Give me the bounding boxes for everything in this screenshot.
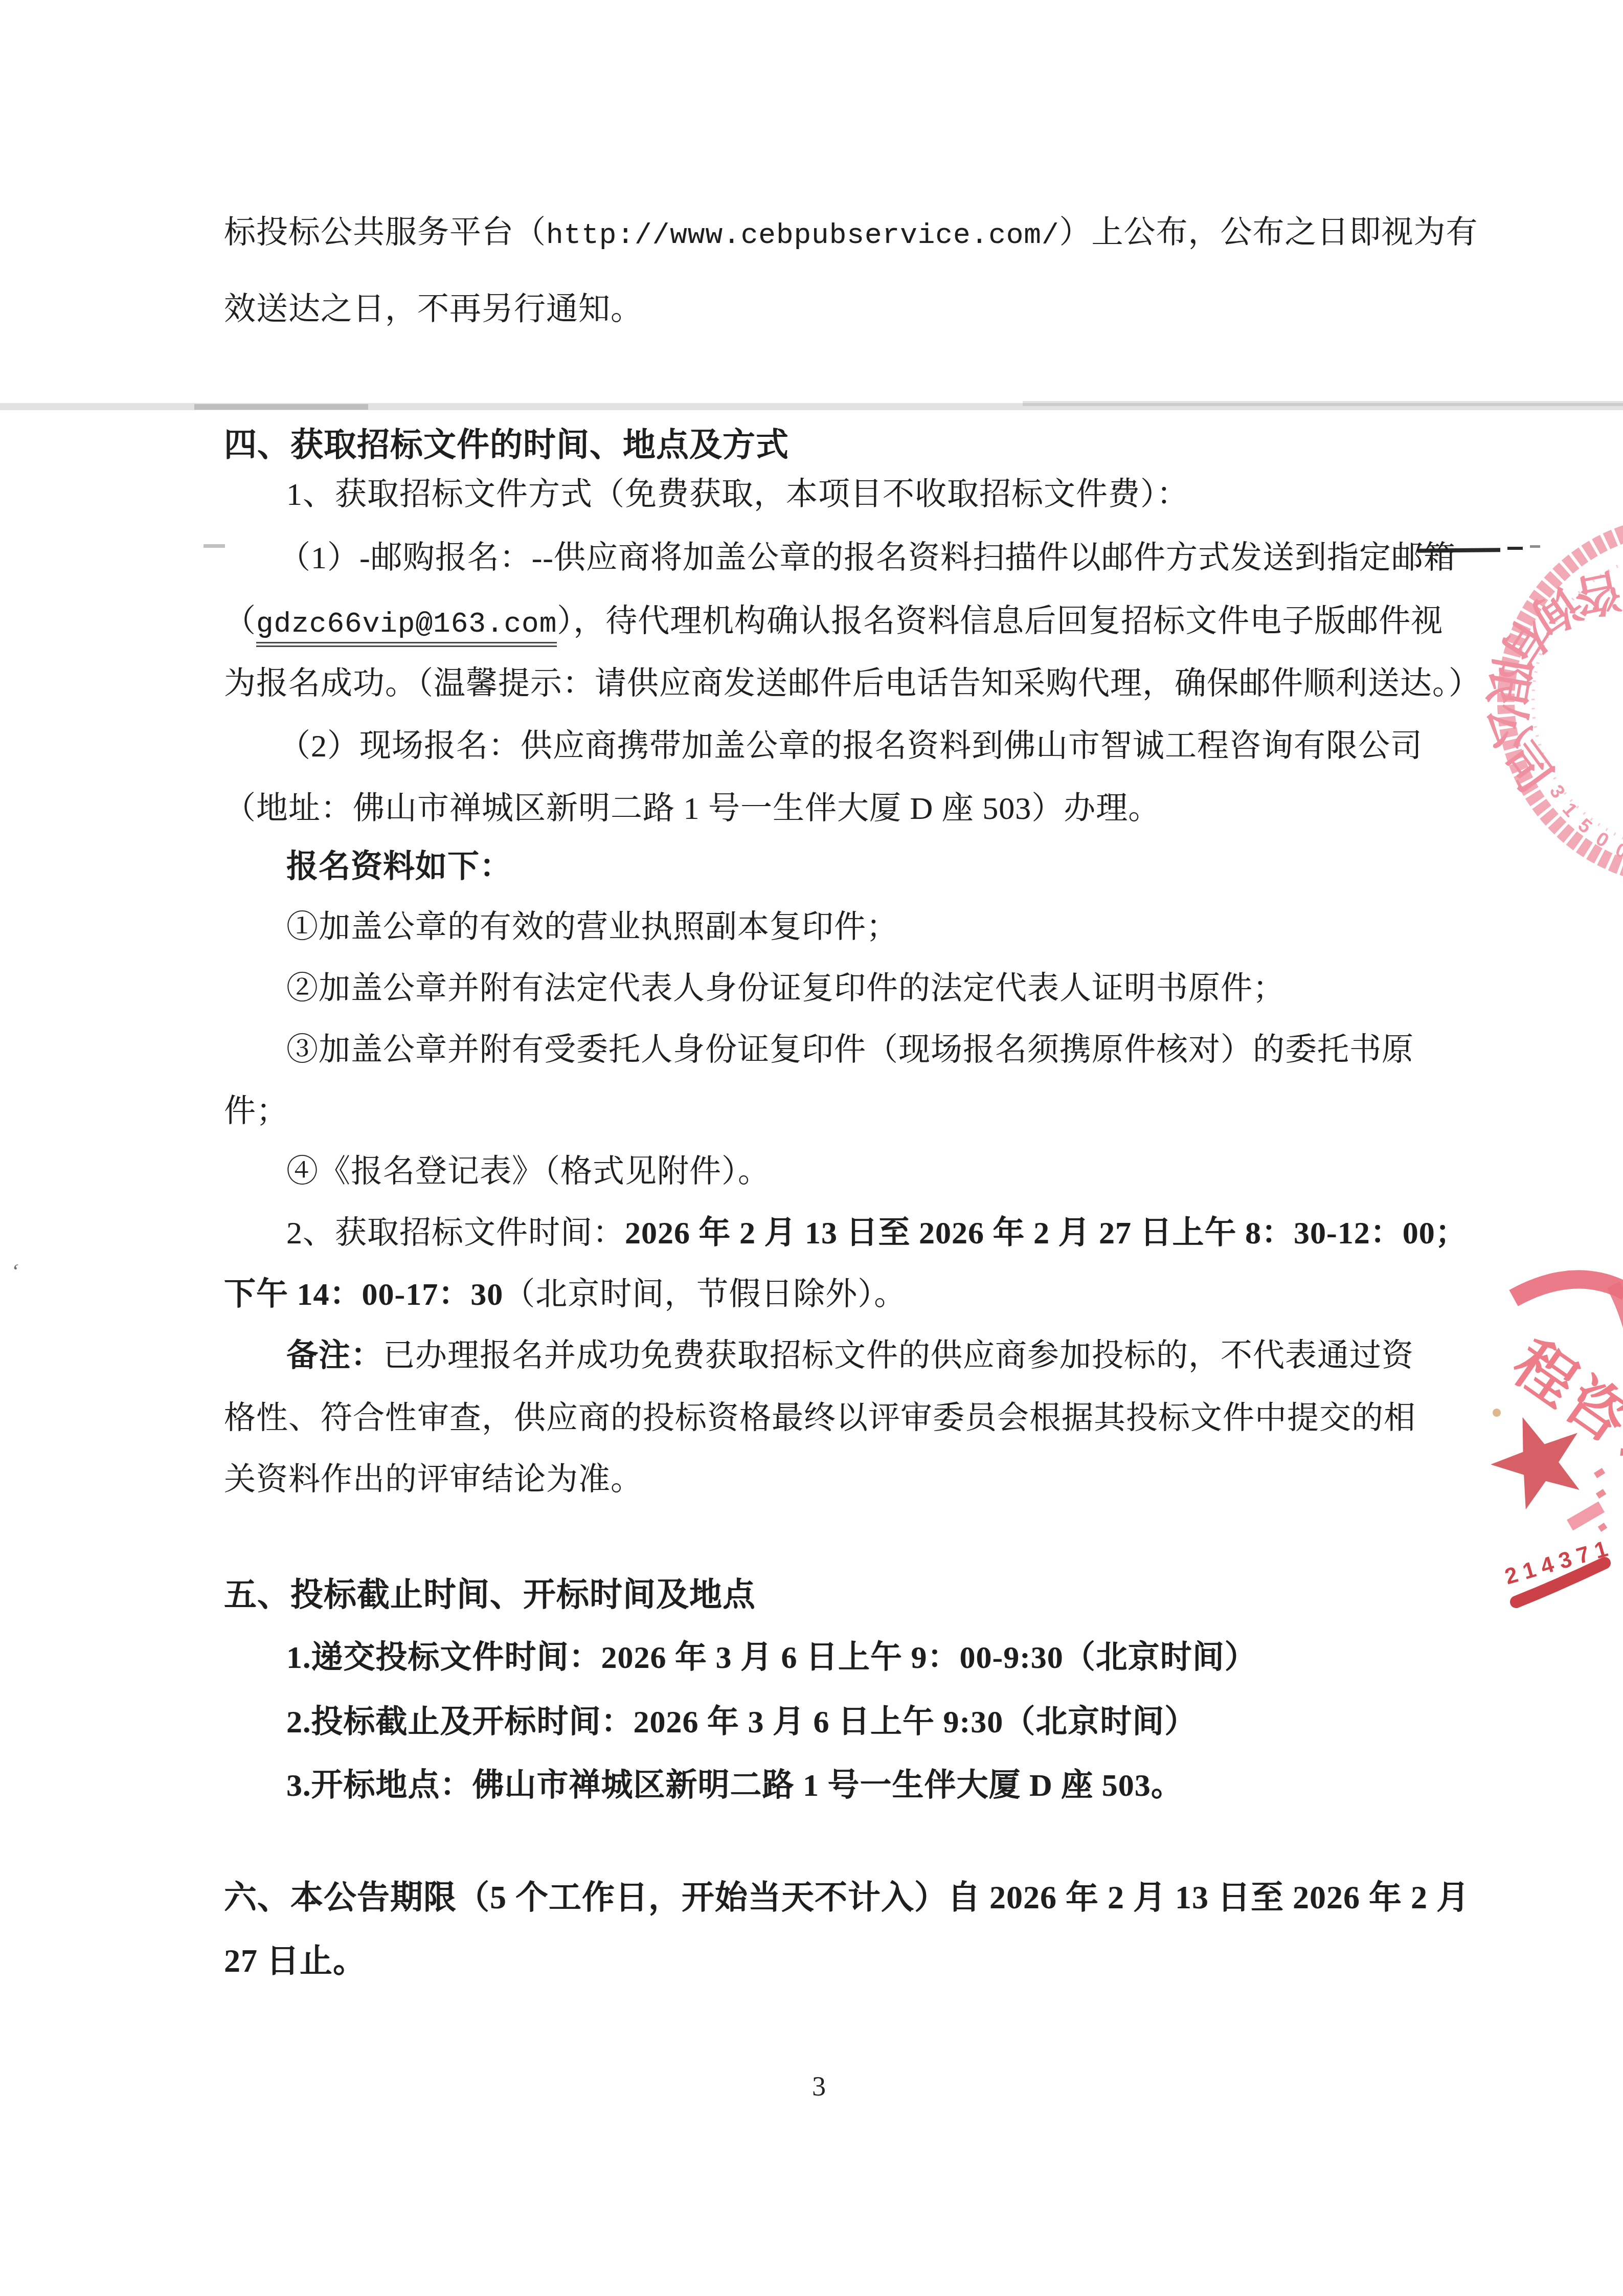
paragraph-platform-line1: 标投标公共服务平台（http://www.cebpubservice.com/）…: [224, 214, 1478, 253]
section-heading-4: 四、获取招标文件的时间、地点及方式: [224, 426, 789, 465]
remark-line1: 备注：已办理报名并成功免费获取招标文件的供应商参加投标的，不代表通过资: [286, 1337, 1414, 1375]
seal-right-marks: [1595, 1470, 1606, 1529]
obtain-time-line1: 2、获取招标文件时间：2026 年 2 月 13 日至 2026 年 2 月 2…: [286, 1214, 1468, 1252]
mail-signup-line2: （gdzc66vip@163.com），待代理机构确认报名资料信息后回复招标文件…: [224, 603, 1443, 641]
email-post: ），待代理机构确认报名资料信息后回复招标文件电子版邮件视: [557, 604, 1443, 639]
remark-label: 备注：: [286, 1339, 383, 1373]
section-heading-6-line2: 27 日止。: [224, 1942, 366, 1981]
platform-text-pre: 标投标公共服务平台（: [224, 215, 546, 250]
bid-opening-place: 3.开标地点：佛山市禅城区新明二路 1 号一生伴大厦 D 座 503。: [286, 1767, 1183, 1804]
material-item-1: ①加盖公章的有效的营业执照副本复印件；: [286, 908, 898, 946]
bid-submission-time: 1.递交投标文件时间：2026 年 3 月 6 日上午 9：00-9:30（北京…: [286, 1639, 1257, 1677]
scan-streak-right: [1023, 401, 1623, 406]
seal-company-text: 咨询有限公司: [1478, 563, 1623, 805]
platform-text-post: ）上公布，公布之日即视为有: [1060, 215, 1478, 250]
company-seal-top: 咨询有限公司 31500: [1355, 506, 1623, 905]
remark-line2: 格性、符合性审查，供应商的投标资格最终以评审委员会根据其投标文件中提交的相: [224, 1399, 1416, 1437]
material-item-3-line2: 件；: [224, 1093, 288, 1130]
scan-smudge: [204, 544, 225, 548]
material-item-3-line1: ③加盖公章并附有受委托人身份证复印件（现场报名须携原件核对）的委托书原: [286, 1031, 1414, 1069]
material-item-4: ④《报名登记表》（格式见附件）。: [286, 1153, 770, 1191]
materials-heading: 报名资料如下：: [286, 848, 512, 886]
platform-url: http://www.cebpubservice.com/: [546, 219, 1060, 252]
seal-ring-top-arc: [1514, 1279, 1623, 1298]
seal-tan-speck: [1493, 1409, 1501, 1417]
seal-star-icon: [1491, 1417, 1580, 1510]
onsite-signup-line1: （2）现场报名：供应商携带加盖公章的报名资料到佛山市智诚工程咨询有限公司: [279, 727, 1423, 765]
paragraph-platform-line2: 效送达之日，不再另行通知。: [224, 291, 643, 328]
seal-pink-tail: [1570, 1507, 1602, 1525]
bid-deadline-time: 2.投标截止及开标时间：2026 年 3 月 6 日上午 9:30（北京时间）: [286, 1703, 1197, 1741]
remark-text: 已办理报名并成功免费获取招标文件的供应商参加投标的，不代表通过资: [383, 1339, 1414, 1373]
obtain-time-value: 2026 年 2 月 13 日至 2026 年 2 月 27 日上午 8：30-…: [625, 1216, 1468, 1251]
email-address: gdzc66vip@163.com: [256, 608, 557, 647]
item-obtain-method: 1、获取招标文件方式（免费获取，本项目不收取招标文件费）：: [286, 476, 1189, 514]
mail-signup-line1: （1）-邮购报名：--供应商将加盖公章的报名资料扫描件以邮件方式发送到指定邮箱: [279, 539, 1456, 577]
seal-ring-right-arc: [1613, 1285, 1623, 1366]
obtain-time-label: 2、获取招标文件时间：: [286, 1216, 625, 1251]
mail-signup-line3: 为报名成功。（温馨提示：请供应商发送邮件后电话告知采购代理，确保邮件顺利送达。）: [224, 665, 1481, 703]
section-heading-6-line1: 六、本公告期限（5 个工作日，开始当天不计入）自 2026 年 2 月 13 日…: [224, 1878, 1470, 1918]
obtain-time-pm: 下午 14：00-17：30: [224, 1277, 503, 1312]
obtain-time-line2: 下午 14：00-17：30（北京时间，节假日除外）。: [224, 1276, 906, 1313]
email-pre: （: [224, 604, 256, 639]
scanned-document-page: ʻ 标投标公共服务平台（http://www.cebpubservice.com…: [0, 0, 1623, 2296]
section-heading-5: 五、投标截止时间、开标时间及地点: [224, 1575, 756, 1615]
page-number: 3: [812, 2070, 826, 2102]
company-seal-bottom: 程咨询 214371: [1355, 1243, 1623, 1632]
scan-streak-dark: [194, 404, 368, 410]
scan-speck: ʻ: [9, 1259, 21, 1284]
obtain-time-note: （北京时间，节假日除外）。: [503, 1277, 906, 1312]
onsite-signup-line2: （地址：佛山市禅城区新明二路 1 号一生伴大厦 D 座 503）办理。: [224, 790, 1160, 828]
remark-line3: 关资料作出的评审结论为准。: [224, 1461, 643, 1499]
material-item-2: ②加盖公章并附有法定代表人身份证复印件的法定代表人证明书原件；: [286, 970, 1285, 1008]
